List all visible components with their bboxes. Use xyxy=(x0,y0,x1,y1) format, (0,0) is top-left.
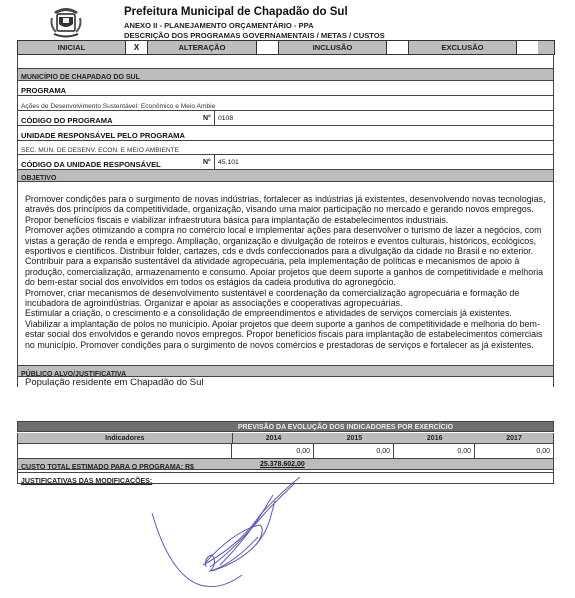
value-2014: 0,00 xyxy=(232,444,314,458)
description-subtitle: DESCRIÇÃO DOS PROGRAMAS GOVERNAMENTAIS /… xyxy=(124,31,385,40)
indicadores-header-row: Indicadores 2014 2015 2016 2017 xyxy=(17,433,554,444)
year-2017-header: 2017 xyxy=(475,433,553,443)
indicadores-title-bar: PREVISÃO DA EVOLUÇÃO DOS INDICADORES POR… xyxy=(17,421,554,432)
inicial-checkbox[interactable]: X xyxy=(125,41,148,54)
signature-icon xyxy=(140,475,310,595)
alteracao-checkbox[interactable] xyxy=(256,41,279,54)
programa-value: Ações de Desenvolvimento Sustentável: Ec… xyxy=(18,103,215,110)
objetivo-label: OBJETIVO xyxy=(18,175,56,182)
exclusao-label: EXCLUSÃO xyxy=(409,41,516,54)
value-2016: 0,00 xyxy=(394,444,475,458)
coat-of-arms-icon xyxy=(48,4,84,40)
objetivo-spacer xyxy=(17,182,554,190)
year-2016-header: 2016 xyxy=(394,433,475,443)
objetivo-paragraph: Estimular a criação, o crescimento e a c… xyxy=(25,308,546,350)
municipio-header: MUNICÍPIO DE CHAPADAO DO SUL xyxy=(17,69,554,81)
unidade-header-row: UNIDADE RESPONSÁVEL PELO PROGRAMA xyxy=(17,126,554,141)
objetivo-header: OBJETIVO xyxy=(17,170,554,182)
indicadores-col-header: Indicadores xyxy=(18,433,233,443)
unidade-value: SEC. MUN. DE DESENV. ECON. E MEIO AMBIEN… xyxy=(18,147,179,154)
codigo-unidade-value: 45.101 xyxy=(214,155,239,169)
exclusao-checkbox[interactable] xyxy=(516,41,538,54)
objetivo-paragraph: Promover ações otimizando a compra no co… xyxy=(25,225,546,256)
page-title: Prefeitura Municipal de Chapadão do Sul xyxy=(124,6,348,18)
value-2015: 0,00 xyxy=(314,444,394,458)
year-2015-header: 2015 xyxy=(314,433,394,443)
custo-row: CUSTO TOTAL ESTIMADO PARA O PROGRAMA: R$… xyxy=(17,459,554,470)
codigo-unidade-label: CÓDIGO DA UNIDADE RESPONSÁVEL xyxy=(18,160,161,169)
objetivo-paragraph: Promover condições para o surgimento de … xyxy=(25,194,546,225)
objetivo-text: Promover condições para o surgimento de … xyxy=(17,190,554,366)
unidade-label: UNIDADE RESPONSÁVEL PELO PROGRAMA xyxy=(18,131,185,140)
year-2014-header: 2014 xyxy=(233,433,315,443)
programa-header-row: PROGRAMA xyxy=(17,81,554,96)
alteracao-label: ALTERAÇÃO xyxy=(148,41,256,54)
publico-row: População residente em Chapadão do Sul xyxy=(17,377,554,387)
codigo-programa-label: CÓDIGO DO PROGRAMA xyxy=(18,116,113,125)
codigo-programa-value: 0108 xyxy=(214,111,233,125)
inclusao-label: INCLUSÃO xyxy=(279,41,386,54)
unidade-value-row: SEC. MUN. DE DESENV. ECON. E MEIO AMBIEN… xyxy=(17,141,554,155)
status-bar: INICIAL X ALTERAÇÃO INCLUSÃO EXCLUSÃO xyxy=(17,40,555,55)
blank-row xyxy=(17,54,554,69)
publico-header: PÚBLICO ALVO/JUSTIFICATIVA xyxy=(17,366,554,377)
inicial-label: INICIAL xyxy=(18,41,125,54)
municipio-label: MUNICÍPIO DE CHAPADAO DO SUL xyxy=(18,74,140,81)
programa-value-row: Ações de Desenvolvimento Sustentável: Ec… xyxy=(17,96,554,111)
objetivo-paragraph: Promover, criar mecanismos de desenvolvi… xyxy=(25,288,546,309)
objetivo-paragraph: Contribuir para a expansão sustentável d… xyxy=(25,256,546,287)
inclusao-checkbox[interactable] xyxy=(386,41,409,54)
codigo-programa-row: CÓDIGO DO PROGRAMA N° 0108 xyxy=(17,111,554,126)
custo-value: 25.378.602,00 xyxy=(260,459,305,470)
justificativas-label: JUSTIFICATIVAS DAS MODIFICAÇÕES: xyxy=(18,478,152,485)
publico-value: População residente em Chapadão do Sul xyxy=(25,377,204,388)
codigo-unidade-no-label: N° xyxy=(203,155,211,170)
indicadores-values-row: 0,00 0,00 0,00 0,00 xyxy=(17,444,554,459)
programa-label: PROGRAMA xyxy=(18,86,66,95)
indicadores-title: PREVISÃO DA EVOLUÇÃO DOS INDICADORES POR… xyxy=(118,424,453,431)
codigo-programa-no-label: N° xyxy=(203,111,211,126)
indicador-name xyxy=(18,444,232,458)
value-2017: 0,00 xyxy=(475,444,553,458)
codigo-unidade-row: CÓDIGO DA UNIDADE RESPONSÁVEL N° 45.101 xyxy=(17,155,554,170)
annex-subtitle: ANEXO II - PLANEJAMENTO ORÇAMENTÁRIO - P… xyxy=(124,21,314,30)
